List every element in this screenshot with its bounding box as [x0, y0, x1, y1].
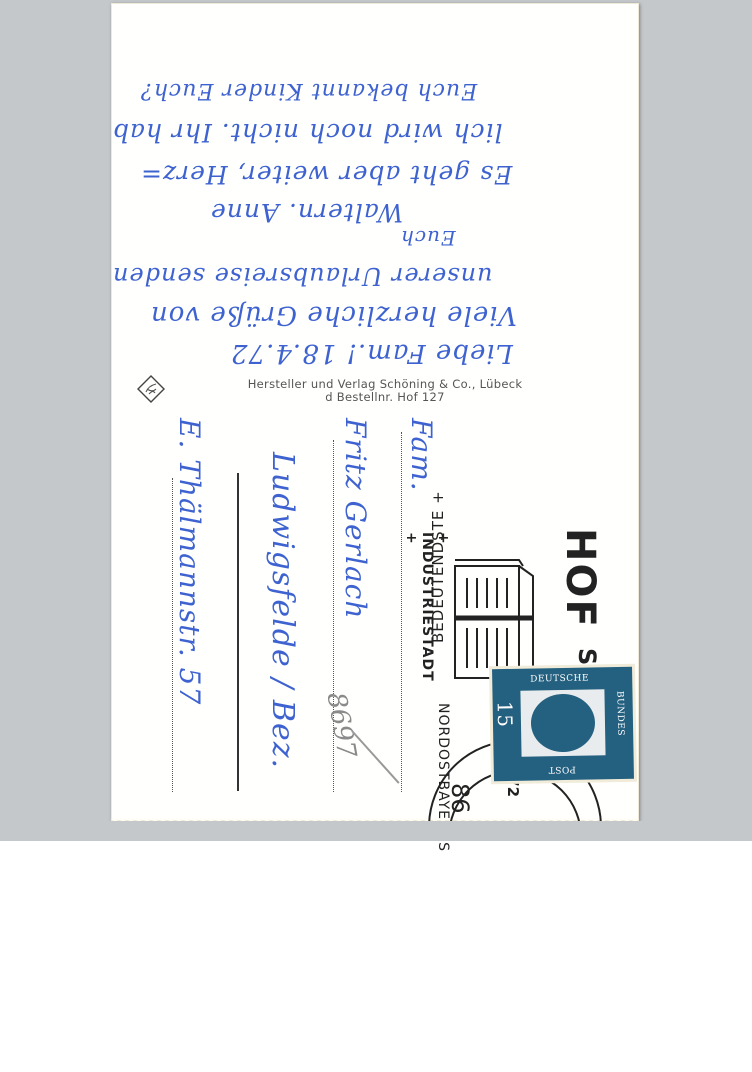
address-rule-solid [237, 473, 239, 791]
message-line: Waltern. Anne [210, 198, 403, 227]
publisher-logo-icon [137, 375, 165, 403]
portrait-icon [530, 693, 595, 752]
address-line: Ludwigsfelde / Bez. [265, 452, 300, 769]
address-rule [401, 432, 402, 792]
message-line: Viele herzliche Grüße von [150, 300, 517, 330]
building-illustration-icon [453, 556, 538, 681]
address-line: Fritz Gerlach [339, 418, 372, 619]
postmark-code: 86 [446, 783, 474, 814]
cancel-slogan-bottom: + INDUSTRIESTADT + [403, 532, 451, 682]
order-number: d Bestellnr. Hof 127 [230, 391, 540, 404]
message-line: Euch [400, 226, 456, 250]
message-line: lich wird noch nicht. Ihr hab [112, 118, 503, 147]
postage-stamp: DEUTSCHE BUNDES POST 15 [492, 667, 634, 781]
address-line: Fam. [405, 418, 438, 492]
message-line: Euch bekannt Kinder Euch? [140, 78, 477, 103]
cancel-city: HOF [557, 528, 603, 629]
stamp-value: 15 [493, 701, 517, 728]
stamp-country-side: BUNDES [614, 691, 625, 736]
address-line: E. Thälmannstr. 57 [173, 418, 206, 705]
message-line: Es geht aber weiter, Herz= [140, 160, 512, 189]
stamp-country-top: DEUTSCHE [530, 674, 589, 685]
message-line: unserer Urlaubsreise senden [112, 262, 493, 290]
message-line: Liebe Fam.! 18.4.72 [230, 338, 513, 368]
stamp-country-bottom: POST [548, 764, 576, 774]
stamp-portrait-frame [520, 689, 605, 756]
scanner-background-lower [0, 821, 752, 841]
publisher-imprint: Hersteller und Verlag Schöning & Co., Lü… [230, 378, 540, 404]
